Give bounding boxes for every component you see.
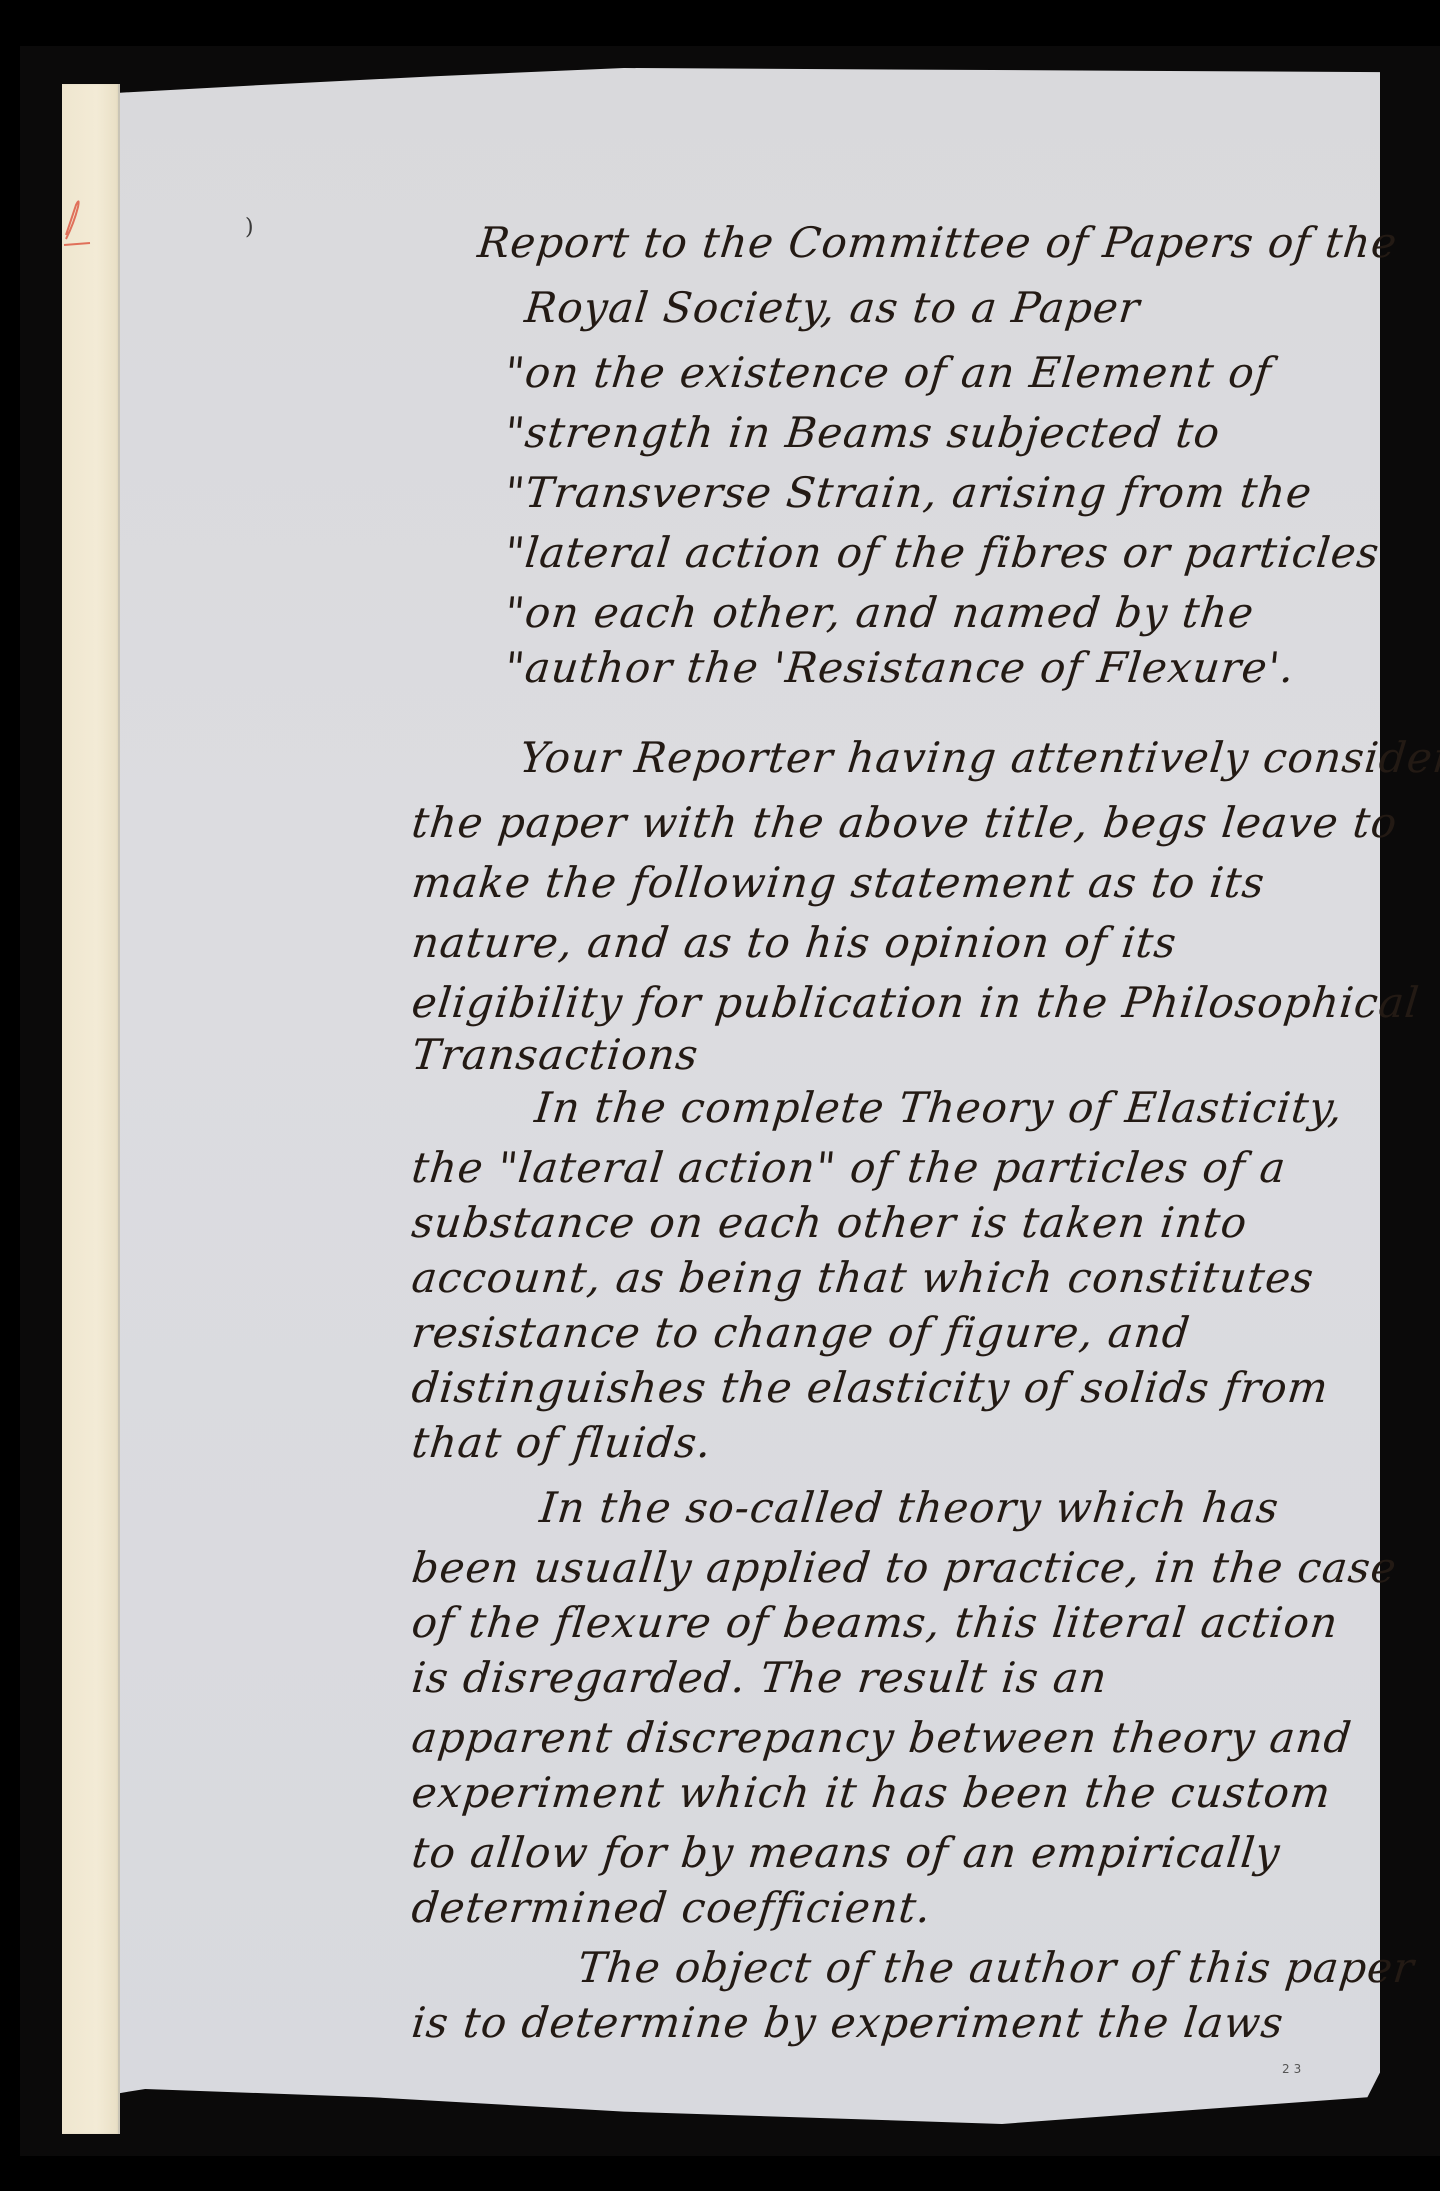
manuscript-line: Report to the Committee of Papers of the <box>475 218 1399 267</box>
page-number: 23 <box>1282 2062 1305 2076</box>
manuscript-line: determined coefficient. <box>409 1883 933 1932</box>
manuscript-line: is disregarded. The result is an <box>409 1653 1110 1702</box>
manuscript-line: make the following statement as to its <box>409 858 1267 907</box>
manuscript-line: "lateral action of the fibres or particl… <box>502 528 1382 577</box>
manuscript-line: In the so-called theory which has <box>537 1483 1281 1532</box>
manuscript-line: The object of the author of this paper <box>575 1943 1416 1992</box>
manuscript-line: resistance to change of figure, and <box>409 1308 1192 1357</box>
manuscript-line: "Transverse Strain, arising from the <box>502 468 1314 517</box>
manuscript-line: nature, and as to his opinion of its <box>409 918 1179 967</box>
manuscript-line: the "lateral action" of the particles of… <box>409 1143 1288 1192</box>
manuscript-line: Transactions <box>409 1030 701 1079</box>
manuscript-line: "strength in Beams subjected to <box>502 408 1222 457</box>
manuscript-line: of the flexure of beams, this literal ac… <box>409 1598 1340 1647</box>
manuscript-line: that of fluids. <box>409 1418 714 1467</box>
manuscript-line: "on each other, and named by the <box>502 588 1256 637</box>
manuscript-line: is to determine by experiment the laws <box>409 1998 1286 2047</box>
manuscript-line: the paper with the above title, begs lea… <box>409 798 1399 847</box>
manuscript-line: distinguishes the elasticity of solids f… <box>409 1363 1331 1412</box>
manuscript-text: Report to the Committee of Papers of the… <box>0 0 1440 2191</box>
manuscript-line: Royal Society, as to a Paper <box>522 283 1142 332</box>
manuscript-line: In the complete Theory of Elasticity, <box>532 1083 1345 1132</box>
manuscript-line: eligibility for publication in the Philo… <box>409 978 1421 1027</box>
manuscript-line: experiment which it has been the custom <box>409 1768 1333 1817</box>
manuscript-line: "author the 'Resistance of Flexure'. <box>502 643 1297 692</box>
manuscript-line: account, as being that which constitutes <box>409 1253 1316 1302</box>
manuscript-line: substance on each other is taken into <box>409 1198 1250 1247</box>
manuscript-line: apparent discrepancy between theory and <box>409 1713 1354 1762</box>
manuscript-line: to allow for by means of an empirically <box>409 1828 1282 1877</box>
manuscript-line: "on the existence of an Element of <box>502 348 1274 397</box>
manuscript-line: been usually applied to practice, in the… <box>409 1543 1399 1592</box>
manuscript-line: Your Reporter having attentively conside… <box>517 733 1440 782</box>
